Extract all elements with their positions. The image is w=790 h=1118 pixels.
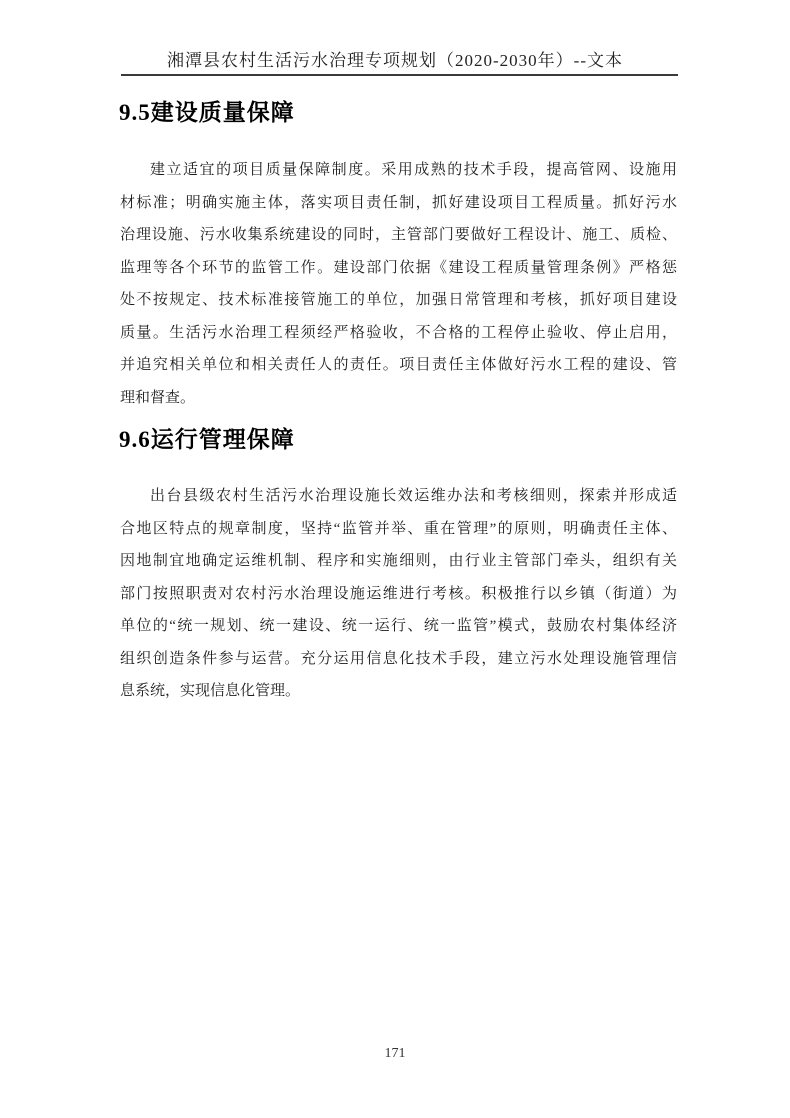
paragraph-line: 监理等各个环节的监管工作。建设部门依据《建设工程质量管理条例》严格惩 (120, 252, 677, 285)
paragraph-line: 治理设施、污水收集系统建设的同时，主管部门要做好工程设计、施工、质检、 (120, 219, 677, 252)
paragraph-line: 息系统，实现信息化管理。 (120, 675, 677, 708)
paragraph-line: 合地区特点的规章制度，坚持“监管并举、重在管理”的原则，明确责任主体、 (120, 513, 677, 546)
document-page: 湘潭县农村生活污水治理专项规划（2020-2030年）--文本 9.5建设质量保… (0, 0, 790, 1118)
paragraph-line: 组织创造条件参与运营。充分运用信息化技术手段，建立污水处理设施管理信 (120, 643, 677, 676)
paragraph-line: 材标准；明确实施主体，落实项目责任制，抓好建设项目工程质量。抓好污水 (120, 187, 677, 220)
paragraph-line: 部门按照职责对农村污水治理设施运维进行考核。积极推行以乡镇（街道）为 (120, 578, 677, 611)
paragraph-line: 并追究相关单位和相关责任人的责任。项目责任主体做好污水工程的建设、管 (120, 349, 677, 382)
section-heading-9-5: 9.5建设质量保障 (119, 99, 295, 127)
section-9-5-paragraph: 建立适宜的项目质量保障制度。采用成熟的技术手段，提高管网、设施用材标准；明确实施… (120, 154, 677, 414)
header-divider-rule (121, 74, 678, 76)
paragraph-line: 质量。生活污水治理工程须经严格验收，不合格的工程停止验收、停止启用， (120, 317, 677, 350)
paragraph-line: 建立适宜的项目质量保障制度。采用成熟的技术手段，提高管网、设施用 (120, 154, 677, 187)
section-9-6-paragraph: 出台县级农村生活污水治理设施长效运维办法和考核细则，探索并形成适合地区特点的规章… (120, 480, 677, 708)
section-heading-9-6: 9.6运行管理保障 (119, 426, 295, 454)
page-number: 171 (0, 1046, 790, 1062)
paragraph-line: 出台县级农村生活污水治理设施长效运维办法和考核细则，探索并形成适 (120, 480, 677, 513)
page-header-title: 湘潭县农村生活污水治理专项规划（2020-2030年）--文本 (0, 49, 790, 73)
paragraph-line: 处不按规定、技术标准接管施工的单位，加强日常管理和考核，抓好项目建设 (120, 284, 677, 317)
paragraph-line: 因地制宜地确定运维机制、程序和实施细则，由行业主管部门牵头，组织有关 (120, 545, 677, 578)
paragraph-line: 理和督查。 (120, 382, 677, 415)
paragraph-line: 单位的“统一规划、统一建设、统一运行、统一监管”模式，鼓励农村集体经济 (120, 610, 677, 643)
